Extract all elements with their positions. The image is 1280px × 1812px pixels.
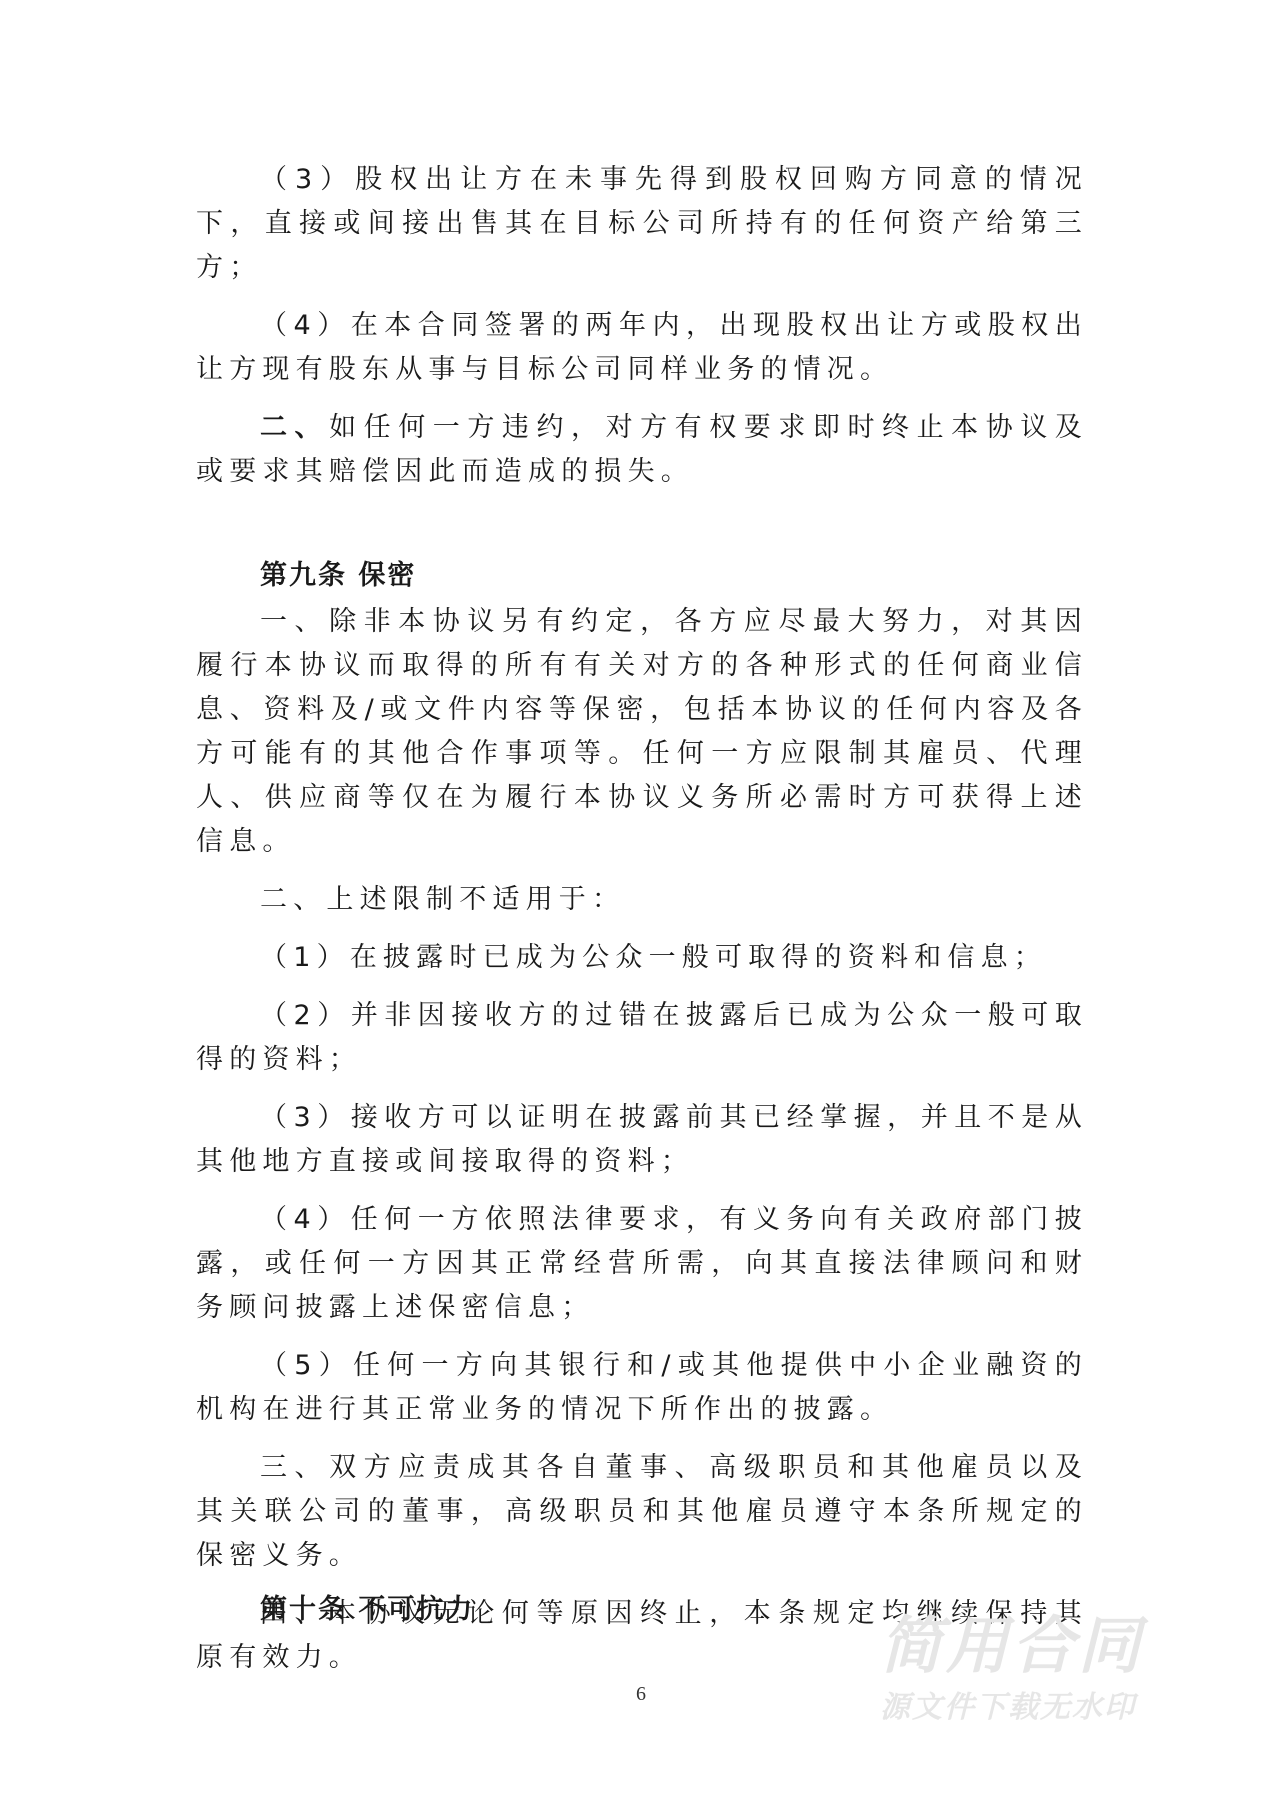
page-number: 6 xyxy=(636,1683,646,1706)
article-9-para-6: （4）任何一方依照法律要求，有义务向有关政府部门披露，或任何一方因其正常经营所需… xyxy=(196,1198,1088,1330)
article-9-para-5: （3）接收方可以证明在披露前其已经掌握，并且不是从其他地方直接或间接取得的资料； xyxy=(196,1096,1088,1184)
watermark-brand: 简用合同 xyxy=(880,1596,1144,1685)
article-9-para-1: 一、除非本协议另有约定，各方应尽最大努力，对其因履行本协议而取得的所有有关对方的… xyxy=(196,600,1088,864)
article-10-heading: 第十条 不可抗力 xyxy=(260,1588,474,1632)
article-9-para-3: （1）在披露时已成为公众一般可取得的资料和信息； xyxy=(196,936,1088,980)
paragraph-top-2: （4）在本合同签署的两年内，出现股权出让方或股权出让方现有股东从事与目标公司同样… xyxy=(196,304,1088,392)
article-9-para-2: 二、上述限制不适用于： xyxy=(196,878,1088,922)
article-9-heading: 第九条 保密 xyxy=(196,554,1088,598)
document-body: （3）股权出让方在未事先得到股权回购方同意的情况下，直接或间接出售其在目标公司所… xyxy=(196,158,1088,1694)
paragraph-top-3: 二、如任何一方违约，对方有权要求即时终止本协议及或要求其赔偿因此而造成的损失。 xyxy=(196,406,1088,494)
paragraph-lead: 二、 xyxy=(260,412,329,443)
watermark-tagline: 源文件下载无水印 xyxy=(880,1682,1136,1726)
article-9-para-4: （2）并非因接收方的过错在披露后已成为公众一般可取得的资料； xyxy=(196,994,1088,1082)
paragraph-text: 如任何一方违约，对方有权要求即时终止本协议及或要求其赔偿因此而造成的损失。 xyxy=(196,412,1088,487)
article-9-para-8: 三、双方应责成其各自董事、高级职员和其他雇员以及其关联公司的董事，高级职员和其他… xyxy=(196,1446,1088,1578)
article-9-para-7: （5）任何一方向其银行和/或其他提供中小企业融资的机构在进行其正常业务的情况下所… xyxy=(196,1344,1088,1432)
paragraph-top-1: （3）股权出让方在未事先得到股权回购方同意的情况下，直接或间接出售其在目标公司所… xyxy=(196,158,1088,290)
